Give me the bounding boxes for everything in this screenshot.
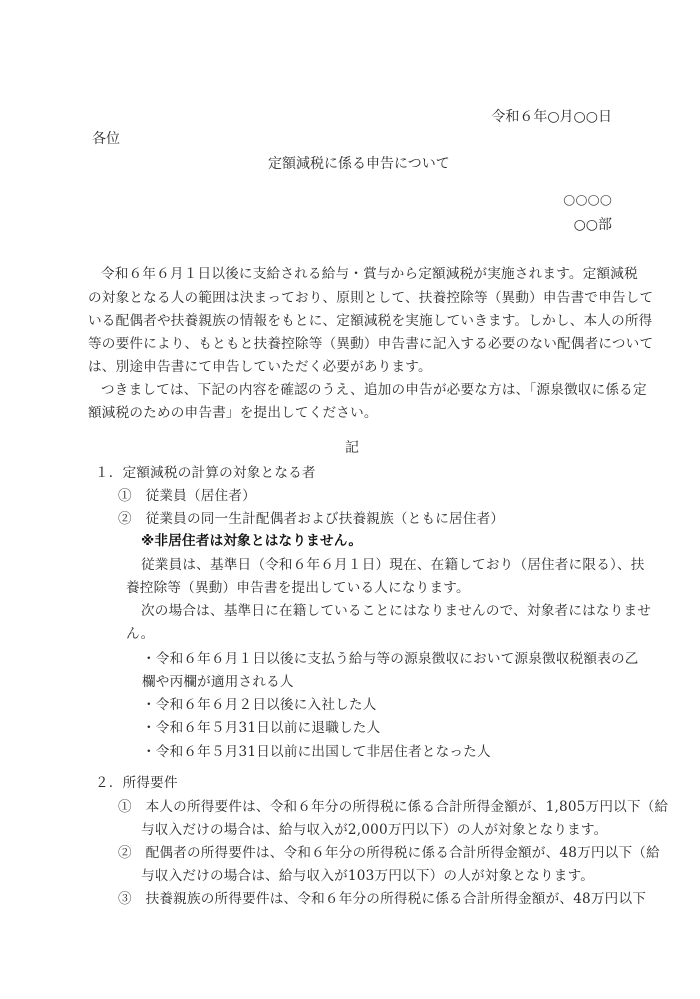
- section-1-paragraph-line: 次の場合は、基準日に在籍していることにはなりませんので、対象者にはなりませ: [141, 599, 651, 619]
- section-1-paragraph-line: 養控除等（異動）申告書を提出している人になります。: [126, 576, 470, 596]
- intro-line: 額減税のための申告書」を提出してください。: [88, 401, 378, 421]
- exclusion-bullet: ・令和６年６月２日以後に入社した人: [142, 693, 377, 713]
- income-requirement-item: 与収入だけの場合は、給与収入が103万円以下）の人が対象となります。: [141, 864, 594, 884]
- intro-line: は、別途申告書にて申告していただく必要があります。: [88, 355, 432, 375]
- section-1-item: ① 従業員（居住者）: [118, 484, 256, 504]
- section-1-paragraph-line: ん。: [126, 622, 154, 642]
- exclusion-bullet: ・令和６年６月１日以後に支払う給与等の源泉徴収において源泉徴収税額表の乙: [142, 647, 639, 667]
- exclusion-bullet: ・令和６年５月31日以前に退職した人: [142, 716, 380, 736]
- document-date: 令和６年○月○○日: [491, 106, 612, 126]
- section-1-heading: １．定額減税の計算の対象となる者: [95, 461, 316, 481]
- exclusion-bullet: 欄や丙欄が適用される人: [142, 670, 294, 690]
- section-1-paragraph-line: 従業員は、基準日（令和６年６月１日）現在、在籍しており（居住者に限る）、扶: [141, 553, 645, 573]
- section-2-heading: ２．所得要件: [95, 771, 178, 791]
- exclusion-bullet: ・令和６年５月31日以前に出国して非居住者となった人: [142, 740, 491, 760]
- sender-department: ○○部: [574, 214, 612, 234]
- intro-line: の対象となる人の範囲は決まっており、原則として、扶養控除等（異動）申告書で申告し…: [88, 286, 653, 306]
- addressee: 各位: [92, 128, 120, 148]
- sender-name: ○○○○: [563, 192, 612, 208]
- ki-heading: 記: [345, 437, 359, 457]
- intro-line: 令和６年６月１日以後に支給される給与・賞与から定額減税が実施されます。定額減税: [101, 262, 638, 282]
- document-title: 定額減税に係る申告について: [268, 153, 450, 173]
- income-requirement-item: ① 本人の所得要件は、令和６年分の所得税に係る合計所得金額が、1,805万円以下…: [118, 795, 668, 815]
- intro-line: 等の要件により、もともと扶養控除等（異動）申告書に記入する必要のない配偶者につい…: [88, 332, 653, 352]
- income-requirement-item: 与収入だけの場合は、給与収入が2,000万円以下）の人が対象となります。: [141, 818, 607, 838]
- income-requirement-item: ③ 扶養親族の所得要件は、令和６年分の所得税に係る合計所得金額が、48万円以下: [118, 887, 646, 907]
- intro-line: いる配偶者や扶養親族の情報をもとに、定額減税を実施していきます。しかし、本人の所…: [88, 309, 652, 329]
- non-resident-note: ※非居住者は対象とはなりません。: [141, 529, 362, 549]
- income-requirement-item: ② 配偶者の所得要件は、令和６年分の所得税に係る合計所得金額が、48万円以下（給: [118, 841, 660, 861]
- section-1-item: ② 従業員の同一生計配偶者および扶養親族（ともに居住者）: [118, 507, 504, 527]
- intro-line: つきましては、下記の内容を確認のうえ、追加の申告が必要な方は、「源泉徴収に係る定: [101, 378, 647, 398]
